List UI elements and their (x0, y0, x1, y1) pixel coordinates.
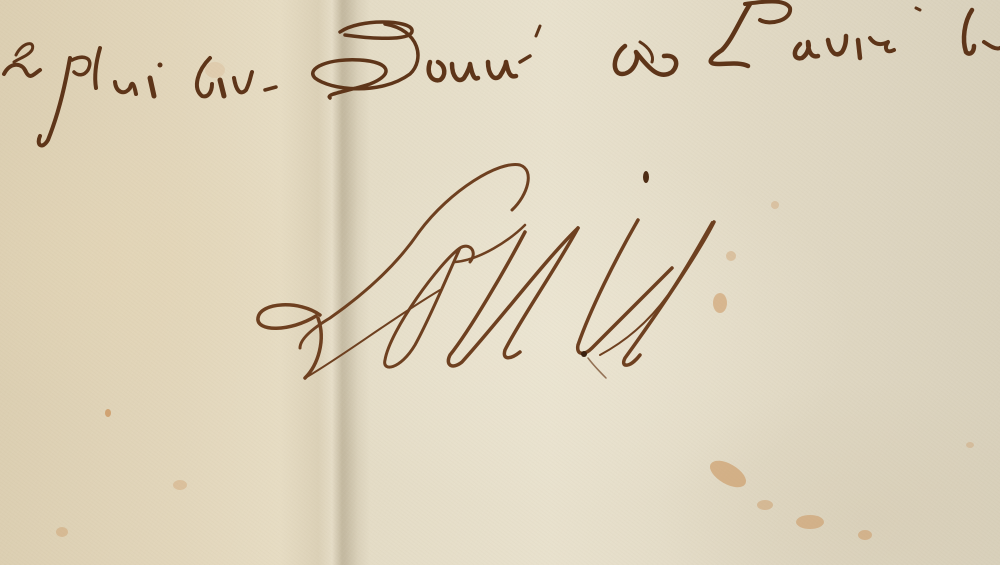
signature-louis (0, 0, 1000, 565)
manuscript-page: Louis ...plus sov. Donné à Paris le... (0, 0, 1000, 565)
